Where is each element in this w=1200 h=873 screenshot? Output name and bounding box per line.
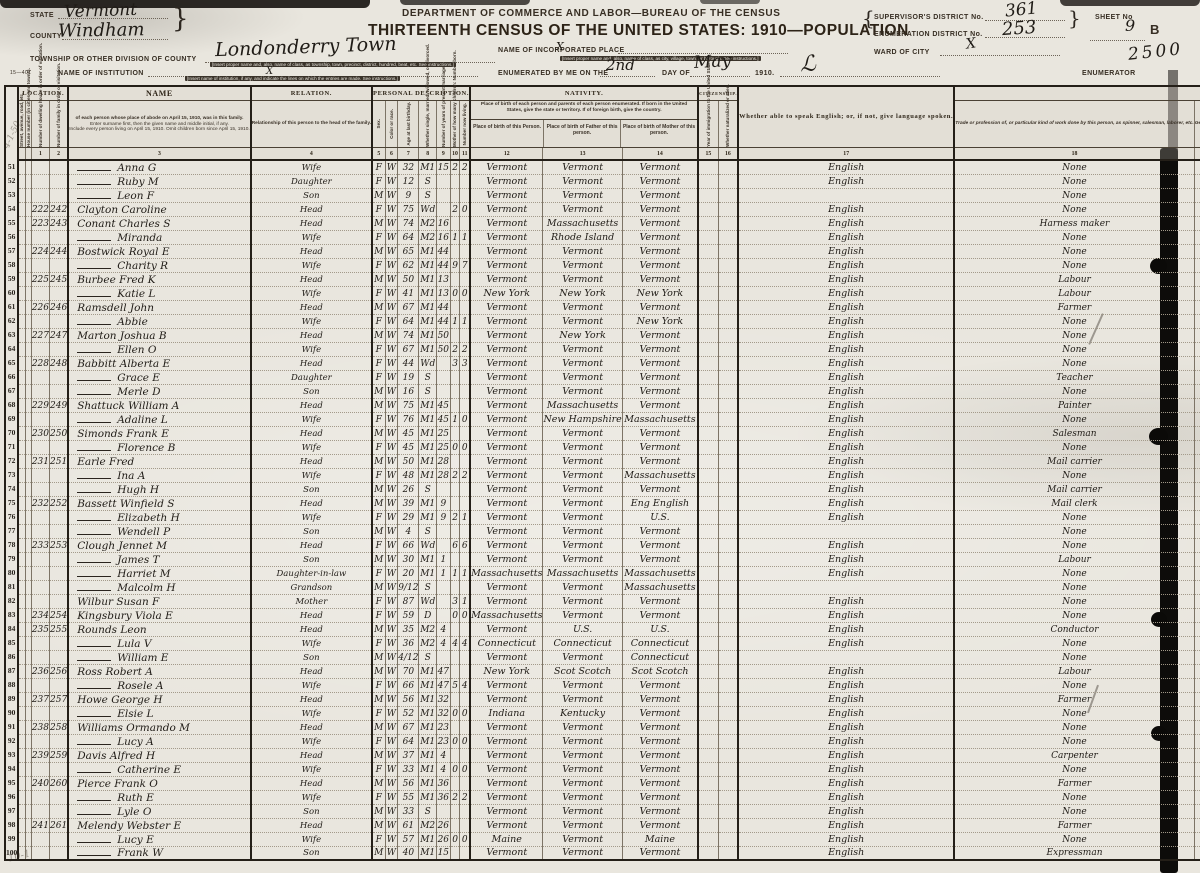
cell-rl: Son	[251, 552, 372, 566]
line-number-left: 78	[5, 538, 18, 552]
cell-ind: General farm	[1194, 818, 1200, 832]
cell-pf: Vermont	[543, 272, 622, 286]
cell-ms: S	[419, 580, 436, 594]
cell-en: English	[738, 804, 954, 818]
cell-street	[18, 538, 25, 552]
cell-ag: 4	[398, 524, 419, 538]
cell-pf: Scot Scotch	[543, 664, 622, 678]
cell-ms: M1	[419, 566, 436, 580]
cell-pm: New York	[622, 314, 698, 328]
cell-pf: Massachusetts	[543, 566, 622, 580]
cell-sx: F	[372, 342, 385, 356]
cell-na	[718, 720, 738, 734]
cell-pm: Vermont	[622, 846, 698, 860]
census-row: 53Leon FSonMW9SVermontVermontVermontNone…	[5, 188, 1200, 202]
cell-dw	[31, 650, 49, 664]
cell-na	[718, 538, 738, 552]
cell-na	[718, 846, 738, 860]
cell-cr: W	[385, 230, 398, 244]
cell-sx: F	[372, 356, 385, 370]
census-row: 77Wendell PSonMW4SVermontVermontVermontN…	[5, 524, 1200, 538]
cell-cl	[460, 524, 470, 538]
cell-cb	[450, 818, 460, 832]
cell-pb: Vermont	[470, 202, 543, 216]
sheet-value: 9	[1125, 16, 1135, 35]
cell-na	[718, 650, 738, 664]
col-number: 7	[398, 148, 419, 161]
cell-fam	[50, 566, 69, 580]
cell-ind	[1194, 762, 1200, 776]
cell-cr: W	[385, 566, 398, 580]
cell-en: English	[738, 510, 954, 524]
cell-im	[698, 300, 718, 314]
cell-na	[718, 692, 738, 706]
cell-pm: Vermont	[622, 356, 698, 370]
cell-im	[698, 468, 718, 482]
cell-na	[718, 496, 738, 510]
cell-ms: M1	[419, 426, 436, 440]
cell-sx: F	[372, 608, 385, 622]
cell-im	[698, 412, 718, 426]
cell-ms: M1	[419, 762, 436, 776]
cell-pb: Vermont	[470, 650, 543, 664]
cell-sx: M	[372, 846, 385, 860]
cell-en: English	[738, 328, 954, 342]
cell-fam	[50, 524, 69, 538]
cell-ym: 36	[436, 776, 450, 790]
cell-ym: 9	[436, 496, 450, 510]
cell-rl: Head	[251, 496, 372, 510]
cell-cb: 2	[450, 510, 460, 524]
cell-sx: F	[372, 832, 385, 846]
cell-ms: M1	[419, 552, 436, 566]
cell-pf: Vermont	[543, 818, 622, 832]
cell-cb	[450, 482, 460, 496]
census-table-body: 51Anna GWifeFW32M11522VermontVermontVerm…	[5, 160, 1200, 860]
cell-im	[698, 832, 718, 846]
cell-im	[698, 748, 718, 762]
cell-en: English	[738, 174, 954, 188]
cell-pf: Vermont	[543, 776, 622, 790]
cell-dw: 232	[31, 496, 49, 510]
cell-sx: F	[372, 468, 385, 482]
cell-cl	[460, 650, 470, 664]
cell-street	[18, 160, 25, 174]
cell-ms: M1	[419, 510, 436, 524]
cell-en: English	[738, 468, 954, 482]
cell-im	[698, 398, 718, 412]
cell-cr: W	[385, 356, 398, 370]
cell-ms: M1	[419, 468, 436, 482]
cell-street	[18, 286, 25, 300]
col-header-en: Whether able to speak English; or, if no…	[738, 86, 954, 148]
cell-cb	[450, 552, 460, 566]
cell-dw: 225	[31, 272, 49, 286]
cell-cb: 0	[450, 832, 460, 846]
cell-pf: Vermont	[543, 538, 622, 552]
cell-cb	[450, 720, 460, 734]
cell-en: English	[738, 244, 954, 258]
cell-en	[738, 650, 954, 664]
cell-fam	[50, 510, 69, 524]
cell-im	[698, 636, 718, 650]
col-number: 6	[385, 148, 398, 161]
cell-oc: None	[954, 678, 1194, 692]
cell-rl: Grandson	[251, 580, 372, 594]
cell-na	[718, 286, 738, 300]
cell-cr: W	[385, 244, 398, 258]
cell-ym	[436, 356, 450, 370]
cell-dw: 222	[31, 202, 49, 216]
col-header-dw: Number of dwelling house in order of vis…	[31, 101, 49, 148]
cell-na	[718, 342, 738, 356]
cell-rl: Mother	[251, 594, 372, 608]
cell-dw: 240	[31, 776, 49, 790]
ditto-dash	[77, 232, 111, 241]
cell-sx: M	[372, 650, 385, 664]
cell-sx: F	[372, 314, 385, 328]
cell-ind: Publishing Co	[1194, 426, 1200, 440]
cell-en: English	[738, 482, 954, 496]
line-number-left: 82	[5, 594, 18, 608]
cell-pf: Vermont	[543, 244, 622, 258]
cell-na	[718, 314, 738, 328]
cell-cl	[460, 216, 470, 230]
cell-ind	[1194, 188, 1200, 202]
cell-pm: Vermont	[622, 426, 698, 440]
cell-im	[698, 258, 718, 272]
cell-cr: W	[385, 398, 398, 412]
cell-ym: 45	[436, 398, 450, 412]
cell-im	[698, 426, 718, 440]
cell-fam	[50, 790, 69, 804]
cell-fam	[50, 230, 69, 244]
line-number-left: 52	[5, 174, 18, 188]
cell-fam: 243	[50, 216, 69, 230]
cell-rl: Wife	[251, 342, 372, 356]
cell-name: Babbitt Alberta E	[68, 356, 251, 370]
cell-cb	[450, 664, 460, 678]
cell-pb: Massachusetts	[470, 608, 543, 622]
cell-ind	[1194, 594, 1200, 608]
cell-fam: 259	[50, 748, 69, 762]
cell-ag: 26	[398, 482, 419, 496]
cell-cl	[460, 384, 470, 398]
cell-name: Frank W	[68, 846, 251, 860]
cell-en: English	[738, 300, 954, 314]
day-of-label: DAY OF	[662, 70, 690, 77]
cell-ag: 66	[398, 678, 419, 692]
cell-sx: F	[372, 538, 385, 552]
cell-cr: W	[385, 440, 398, 454]
cell-cl	[460, 426, 470, 440]
ditto-dash	[77, 190, 111, 199]
cell-rl: Head	[251, 216, 372, 230]
cell-ms: M1	[419, 720, 436, 734]
cell-cl: 0	[460, 440, 470, 454]
line-number-left: 86	[5, 650, 18, 664]
cell-fam	[50, 342, 69, 356]
cell-ym: 25	[436, 426, 450, 440]
cell-ag: 64	[398, 314, 419, 328]
cell-cb	[450, 454, 460, 468]
cell-pb: Vermont	[470, 216, 543, 230]
line-number-left: 66	[5, 370, 18, 384]
cell-street	[18, 398, 25, 412]
line-number-left: 57	[5, 244, 18, 258]
cell-pm: Vermont	[622, 244, 698, 258]
census-row: 90Elsie LWifeFW52M13200IndianaKentuckyVe…	[5, 706, 1200, 720]
cell-sx: F	[372, 706, 385, 720]
census-row: 84235255Rounds LeonHeadMW35M24VermontU.S…	[5, 622, 1200, 636]
cell-ind	[1194, 174, 1200, 188]
cell-name: Melendy Webster E	[68, 818, 251, 832]
cell-cl: 1	[460, 510, 470, 524]
census-row: 85Lula VWifeFW36M2444ConnecticutConnecti…	[5, 636, 1200, 650]
cell-street	[18, 692, 25, 706]
cell-na	[718, 174, 738, 188]
cell-ind: General farm	[1194, 776, 1200, 790]
cell-pb: Vermont	[470, 524, 543, 538]
cell-oc: None	[954, 608, 1194, 622]
cell-rl: Head	[251, 776, 372, 790]
cell-oc: Labour	[954, 664, 1194, 678]
cell-oc: None	[954, 328, 1194, 342]
cell-pm: Vermont	[622, 188, 698, 202]
cell-pf: Vermont	[543, 160, 622, 174]
cell-name: Earle Fred	[68, 454, 251, 468]
col-number: 4	[251, 148, 372, 161]
cell-im	[698, 510, 718, 524]
cell-im	[698, 664, 718, 678]
cell-cb: 2	[450, 202, 460, 216]
cell-oc: Labour	[954, 286, 1194, 300]
census-row: 95240260Pierce Frank OHeadMW56M136Vermon…	[5, 776, 1200, 790]
census-row: 65228248Babbitt Alberta EHeadFW44Wd33Ver…	[5, 356, 1200, 370]
cell-pf: Rhode Island	[543, 230, 622, 244]
cell-oc: Harness maker	[954, 216, 1194, 230]
cell-pf: Vermont	[543, 734, 622, 748]
ditto-dash	[77, 554, 111, 563]
cell-ms: M1	[419, 258, 436, 272]
cell-fam: 248	[50, 356, 69, 370]
cell-en: English	[738, 818, 954, 832]
cell-im	[698, 650, 718, 664]
line-number-left: 58	[5, 258, 18, 272]
cell-en: English	[738, 748, 954, 762]
cell-ms: M1	[419, 328, 436, 342]
cell-oc: None	[954, 160, 1194, 174]
cell-pm: Vermont	[622, 538, 698, 552]
census-row: 59225245Burbee Fred KHeadMW50M113Vermont…	[5, 272, 1200, 286]
cell-ym: 36	[436, 790, 450, 804]
cell-im	[698, 734, 718, 748]
cell-dw: 237	[31, 692, 49, 706]
cell-ym: 44	[436, 300, 450, 314]
cell-ym: 13	[436, 286, 450, 300]
cell-na	[718, 790, 738, 804]
line-number-left: 93	[5, 748, 18, 762]
cell-na	[718, 258, 738, 272]
page-title: THIRTEENTH CENSUS OF THE UNITED STATES: …	[368, 22, 909, 40]
cell-en: English	[738, 594, 954, 608]
cell-oc: Carpenter	[954, 748, 1194, 762]
cell-pm: Vermont	[622, 776, 698, 790]
cell-cl	[460, 398, 470, 412]
cell-pf: Kentucky	[543, 706, 622, 720]
cell-pm: Vermont	[622, 328, 698, 342]
cell-street	[18, 790, 25, 804]
cell-name: Pierce Frank O	[68, 776, 251, 790]
cell-oc: None	[954, 580, 1194, 594]
ditto-dash	[77, 162, 111, 171]
col-number: 17	[738, 148, 954, 161]
cell-street	[18, 804, 25, 818]
cell-cb	[450, 188, 460, 202]
cell-dw	[31, 468, 49, 482]
cell-im	[698, 762, 718, 776]
cell-sx: F	[372, 440, 385, 454]
cell-pm: U.S.	[622, 510, 698, 524]
cell-im	[698, 776, 718, 790]
cell-ind: House	[1194, 748, 1200, 762]
cell-cr: W	[385, 496, 398, 510]
cell-ag: 67	[398, 300, 419, 314]
cell-pf: Vermont	[543, 748, 622, 762]
cell-pb: Vermont	[470, 258, 543, 272]
cell-sx: M	[372, 328, 385, 342]
cell-sx: F	[372, 174, 385, 188]
cell-oc: Farmer	[954, 692, 1194, 706]
cell-ind	[1194, 566, 1200, 580]
cell-rl: Wife	[251, 314, 372, 328]
cell-dw	[31, 762, 49, 776]
cell-en: English	[738, 202, 954, 216]
cell-ms: M1	[419, 692, 436, 706]
cell-ms: M1	[419, 706, 436, 720]
cell-rl: Head	[251, 202, 372, 216]
line-number-left: 59	[5, 272, 18, 286]
cell-pf: Vermont	[543, 846, 622, 860]
cell-pm: Vermont	[622, 398, 698, 412]
cell-ym	[436, 804, 450, 818]
cell-street	[18, 496, 25, 510]
cell-rl: Wife	[251, 734, 372, 748]
col-number: 11	[460, 148, 470, 161]
cell-ym	[436, 188, 450, 202]
cell-ms: M2	[419, 230, 436, 244]
cell-en: English	[738, 776, 954, 790]
cell-street	[18, 272, 25, 286]
cell-ym	[436, 202, 450, 216]
cell-name: Hugh H	[68, 482, 251, 496]
cell-ms: S	[419, 188, 436, 202]
cell-oc: Painter	[954, 398, 1194, 412]
cell-ms: M1	[419, 678, 436, 692]
county-value: Windham	[58, 19, 145, 42]
cell-ind	[1194, 230, 1200, 244]
cell-sx: F	[372, 258, 385, 272]
cell-pb: Vermont	[470, 356, 543, 370]
cell-pb: New York	[470, 664, 543, 678]
cell-pm: Connecticut	[622, 636, 698, 650]
cell-ym: 15	[436, 160, 450, 174]
census-row: 68229249Shattuck William AHeadMW75M145Ve…	[5, 398, 1200, 412]
cell-ag: 16	[398, 384, 419, 398]
line-number-left: 68	[5, 398, 18, 412]
cell-ms: M1	[419, 342, 436, 356]
cell-na	[718, 776, 738, 790]
cell-pb: Vermont	[470, 510, 543, 524]
col-number: 18	[954, 148, 1194, 161]
cell-ms: M1	[419, 776, 436, 790]
cell-rl: Head	[251, 608, 372, 622]
col-number: 16	[718, 148, 738, 161]
ditto-dash	[77, 582, 111, 591]
cell-cl	[460, 748, 470, 762]
cell-dw	[31, 790, 49, 804]
cell-ag: 87	[398, 594, 419, 608]
cell-street	[18, 300, 25, 314]
cell-pf: New Hampshire	[543, 412, 622, 426]
line-number-left: 61	[5, 300, 18, 314]
cell-ind: House work	[1194, 286, 1200, 300]
signature-line	[780, 66, 940, 77]
cell-ag: 70	[398, 664, 419, 678]
cell-street	[18, 776, 25, 790]
col-header-nm: of each person whose place of abode on A…	[68, 101, 251, 148]
cell-pm: Vermont	[622, 804, 698, 818]
cell-ag: 20	[398, 566, 419, 580]
cell-en: English	[738, 398, 954, 412]
cell-name: Ramsdell John	[68, 300, 251, 314]
cell-cb: 0	[450, 734, 460, 748]
cell-dw	[31, 524, 49, 538]
cell-sx: F	[372, 594, 385, 608]
cell-street	[18, 370, 25, 384]
brace: {	[862, 6, 875, 30]
cell-cb	[450, 384, 460, 398]
cell-fam	[50, 678, 69, 692]
census-row: 72231251Earle FredHeadMW50M128VermontVer…	[5, 454, 1200, 468]
cell-pf: Vermont	[543, 174, 622, 188]
cell-ag: 35	[398, 622, 419, 636]
cell-cr: W	[385, 468, 398, 482]
cell-cr: W	[385, 622, 398, 636]
line-number-left: 70	[5, 426, 18, 440]
scan-smudge	[700, 0, 760, 4]
line-number-left: 97	[5, 804, 18, 818]
census-row: 79James TSonMW30M11VermontVermontVermont…	[5, 552, 1200, 566]
cell-rl: Head	[251, 720, 372, 734]
cell-cr: W	[385, 174, 398, 188]
cell-ag: 62	[398, 258, 419, 272]
line-number-left: 84	[5, 622, 18, 636]
cell-rl: Head	[251, 454, 372, 468]
ditto-dash	[77, 736, 111, 745]
cell-pf: Vermont	[543, 426, 622, 440]
cell-pf: Connecticut	[543, 636, 622, 650]
cell-sx: M	[372, 664, 385, 678]
cell-name: Lucy E	[68, 832, 251, 846]
cell-dw	[31, 846, 49, 860]
line-number-left: 67	[5, 384, 18, 398]
cell-pm: Scot Scotch	[622, 664, 698, 678]
cell-pf: Vermont	[543, 510, 622, 524]
cell-ym: 4	[436, 636, 450, 650]
cell-pf: Vermont	[543, 440, 622, 454]
cell-ms: M1	[419, 398, 436, 412]
